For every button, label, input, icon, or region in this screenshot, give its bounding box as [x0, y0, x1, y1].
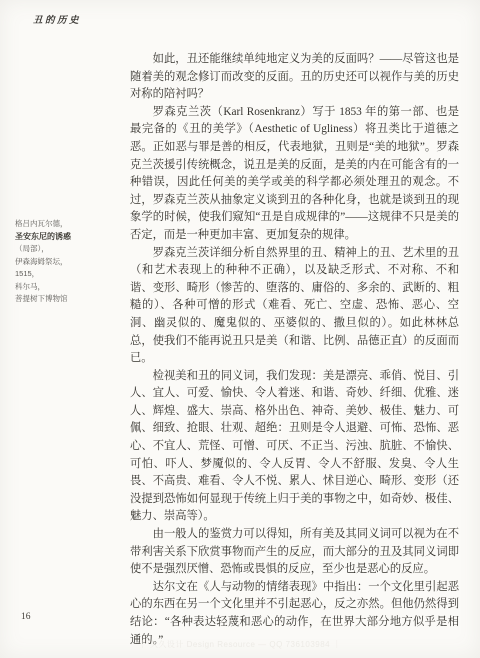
- body-paragraph: 如此，丑还能继续单纯地定义为美的反面吗？——尽管这也是随着美的观念修订而改变的反…: [130, 51, 459, 104]
- caption-line: 1515，: [15, 268, 119, 281]
- figure-caption: 格吕内瓦尔德，圣安东尼的诱惑（局部），伊森海姆祭坛，1515，科尔马，菩提树下博…: [15, 218, 119, 306]
- body-paragraph: 由一般人的鉴赏力可以得知，所有美及其同义词可以视为在不带利害关系下欣赏事物而产生…: [130, 526, 459, 579]
- body-paragraph: 罗森克兰茨详细分析自然界里的丑、精神上的丑、艺术里的丑（和艺术表现上的种种不正确…: [130, 245, 459, 368]
- caption-line: 菩提树下博物馆: [15, 293, 119, 306]
- page-number: 16: [21, 612, 31, 622]
- caption-line: 圣安东尼的诱惑: [15, 231, 119, 244]
- caption-line: 科尔马，: [15, 281, 119, 294]
- running-head: 丑的历史: [33, 12, 81, 26]
- caption-line: （局部），: [15, 243, 119, 256]
- body-paragraph: 检视美和丑的同义词，我们发现：美是漂亮、乖俏、悦目、引人、宜人、可爱、愉快、令人…: [130, 368, 459, 526]
- caption-line: 伊森海姆祭坛，: [15, 256, 119, 269]
- caption-line: 格吕内瓦尔德，: [15, 218, 119, 231]
- watermark: ｜ 久久设计 Design Resource — QQ 736103984 ｜: [0, 639, 480, 650]
- body-text: 如此，丑还能继续单纯地定义为美的反面吗？——尽管这也是随着美的观念修订而改变的反…: [130, 51, 459, 649]
- body-paragraph: 罗森克兰茨（Karl Rosenkranz）写于 1853 年的第一部、也是最完…: [130, 104, 459, 245]
